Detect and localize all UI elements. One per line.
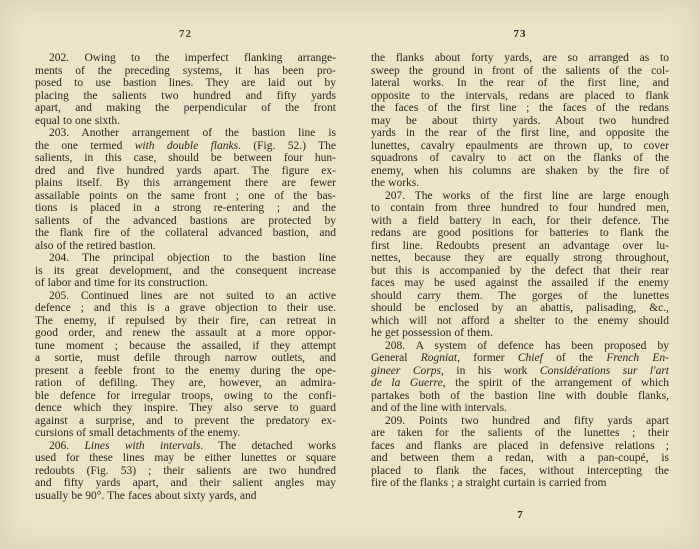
text-line: the works.: [371, 177, 669, 190]
text-line: dred and five hundred yards apart. The f…: [35, 165, 336, 178]
text-line: faces and flanks are placed in defensive…: [371, 440, 669, 453]
paragraph: 205. Continued lines are not suited to a…: [35, 290, 336, 440]
text-line: placing the salients two hundred and fif…: [35, 90, 336, 103]
text-line: fire of the flanks ; a straight curtain …: [371, 477, 669, 490]
text-line: 204. The principal objection to the bast…: [35, 252, 336, 265]
paragraph: 204. The principal objection to the bast…: [35, 252, 336, 290]
text-line: gineer Corps, in his work Considérations…: [371, 365, 669, 378]
text-line: plains itself. By this arrangement there…: [35, 177, 336, 190]
text-line: salients of the advanced bastions are pr…: [35, 215, 336, 228]
text-line: partakes both of the bastion line with d…: [371, 390, 669, 403]
page-right: 73 the flanks about forty yards, are so …: [371, 28, 669, 521]
text-line: tune moment ; because the assailed, if t…: [35, 340, 336, 353]
page-left: 72 202. Owing to the imperfect flanking …: [35, 28, 336, 502]
text-line: with a field battery in each, for their …: [371, 215, 669, 228]
paragraph: the flanks about forty yards, are so arr…: [371, 52, 669, 190]
text-line: the one termed with double flanks. (Fig.…: [35, 140, 336, 153]
paragraph: 203. Another arrangement of the bastion …: [35, 127, 336, 252]
text-line: and of the line with intervals.: [371, 402, 669, 415]
text-line: 203. Another arrangement of the bastion …: [35, 127, 336, 140]
text-line: ble defence for irregular troops, owing …: [35, 390, 336, 403]
text-line: enemy, when his columns are shaken by th…: [371, 165, 669, 178]
text-line: squadrons of cavalry to act on the flank…: [371, 152, 669, 165]
signature-mark: 7: [371, 509, 669, 521]
text-line: placed to flank the faces, without inter…: [371, 465, 669, 478]
text-line: is its great development, and the conseq…: [35, 265, 336, 278]
text-line: first line. Redoubts present an advantag…: [371, 240, 669, 253]
text-line: yards in the rear of the first line, and…: [371, 127, 669, 140]
text-line: 206. Lines with intervals. The detached …: [35, 440, 336, 453]
text-line: ments of the preceding systems, it has b…: [35, 65, 336, 78]
text-line: 209. Points two hundred and fifty yards …: [371, 415, 669, 428]
text-line: and between them a redan, with a pan-cou…: [371, 452, 669, 465]
text-line: a sortie, must defile through narrow out…: [35, 352, 336, 365]
paragraph: 209. Points two hundred and fifty yards …: [371, 415, 669, 490]
text-line: used for these lines may be either lunet…: [35, 452, 336, 465]
text-line: tions is placed in a strong re-entering …: [35, 202, 336, 215]
text-line: The enemy, if repulsed by their fire, ca…: [35, 315, 336, 328]
page-right-text: the flanks about forty yards, are so arr…: [371, 52, 669, 490]
text-line: usually be 90°. The faces about sixty ya…: [35, 490, 336, 503]
text-line: 207. The works of the first line are lar…: [371, 190, 669, 203]
text-line: nettes, because they are equally strong …: [371, 252, 669, 265]
text-line: 208. A system of defence has been propos…: [371, 340, 669, 353]
text-line: may be about thirty yards. About two hun…: [371, 115, 669, 128]
text-line: also of the retired bastion.: [35, 240, 336, 253]
text-line: equal to one sixth.: [35, 115, 336, 128]
text-line: he get possession of them.: [371, 327, 669, 340]
page-number-left: 72: [35, 28, 336, 40]
text-line: good order, and renew the assault at a m…: [35, 327, 336, 340]
text-line: sweep the ground in front of the salient…: [371, 65, 669, 78]
text-line: opposite to the intervals, redans are pl…: [371, 90, 669, 103]
text-line: lateral works. In the rear of the first …: [371, 77, 669, 90]
text-line: redoubts (Fig. 53) ; their salients are …: [35, 465, 336, 478]
text-line: are taken for the salients of the lunett…: [371, 427, 669, 440]
text-line: defence ; and this is a grave objection …: [35, 302, 336, 315]
text-line: but this is accompanied by the defect th…: [371, 265, 669, 278]
text-line: should be enclosed by an abattis, palisa…: [371, 302, 669, 315]
text-line: redans are good positions for batteries …: [371, 227, 669, 240]
text-line: of labor and time for its construction.: [35, 277, 336, 290]
text-line: ration of defiling. They are, however, a…: [35, 377, 336, 390]
text-line: assailable points on the same front ; on…: [35, 190, 336, 203]
text-line: the faces of the first line ; the faces …: [371, 102, 669, 115]
text-line: cursions of small detachments of the ene…: [35, 427, 336, 440]
text-line: should carry them. The gorges of the lun…: [371, 290, 669, 303]
paragraph: 208. A system of defence has been propos…: [371, 340, 669, 415]
text-line: faces may be used against the assailed i…: [371, 277, 669, 290]
text-line: against a surprise, and to prevent the p…: [35, 415, 336, 428]
text-line: salients, in this case, should be betwee…: [35, 152, 336, 165]
text-line: 205. Continued lines are not suited to a…: [35, 290, 336, 303]
text-line: posed to use bastion lines. They are lai…: [35, 77, 336, 90]
text-line: apart, and making the perpendicular of t…: [35, 102, 336, 115]
text-line: which will not afford a shelter to the e…: [371, 315, 669, 328]
book-spread: 72 202. Owing to the imperfect flanking …: [0, 0, 699, 549]
paragraph: 202. Owing to the imperfect flanking arr…: [35, 52, 336, 127]
page-left-text: 202. Owing to the imperfect flanking arr…: [35, 52, 336, 502]
page-number-right: 73: [371, 28, 669, 40]
text-line: the flanks about forty yards, are so arr…: [371, 52, 669, 65]
text-line: de la Guerre, the spirit of the arrangem…: [371, 377, 669, 390]
paragraph: 206. Lines with intervals. The detached …: [35, 440, 336, 503]
text-line: and fifty yards apart, and their salient…: [35, 477, 336, 490]
text-line: lunettes, cavalry epaulments are thrown …: [371, 140, 669, 153]
text-line: 202. Owing to the imperfect flanking arr…: [35, 52, 336, 65]
paragraph: 207. The works of the first line are lar…: [371, 190, 669, 340]
text-line: General Rogniat, former Chief of the Fre…: [371, 352, 669, 365]
text-line: dence which they inspire. They also serv…: [35, 402, 336, 415]
text-line: present a feeble front to the enemy duri…: [35, 365, 336, 378]
text-line: the flank fire of the collateral advance…: [35, 227, 336, 240]
text-line: to contain from three hundred to four hu…: [371, 202, 669, 215]
